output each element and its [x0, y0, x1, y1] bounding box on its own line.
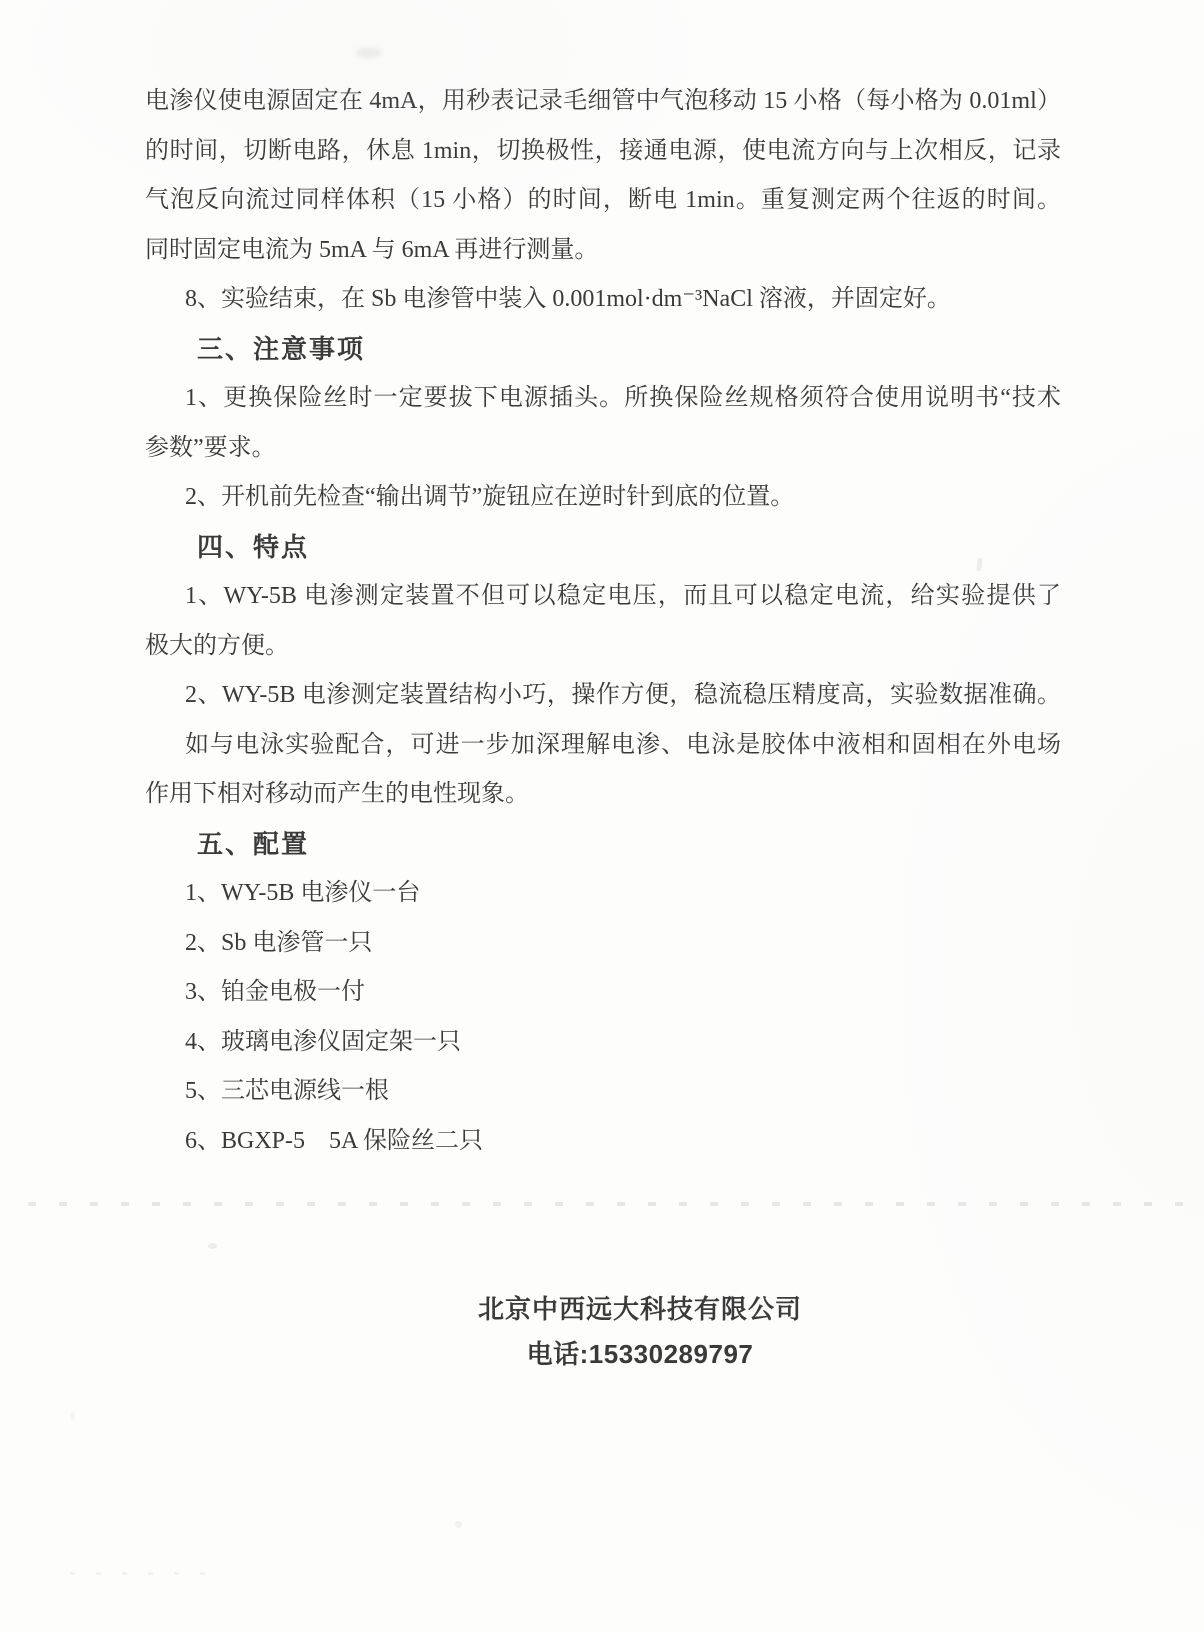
document-text-line: 气泡反向流过同样体积（15 小格）的时间，断电 1min。重复测定两个往返的时间…	[145, 176, 1061, 226]
scan-noise-band	[28, 1202, 1190, 1206]
document-text-line: 4、玻璃电渗仪固定架一只	[145, 1018, 1061, 1068]
document-text-line: 电渗仪使电源固定在 4mA，用秒表记录毛细管中气泡移动 15 小格（每小格为 0…	[145, 77, 1061, 127]
phone-number: 电话:15330289797	[76, 1337, 1204, 1371]
document-text-line: 2、WY-5B 电渗测定装置结构小巧，操作方便，稳流稳压精度高，实验数据准确。	[145, 671, 1061, 721]
scan-speck	[70, 1412, 75, 1421]
document-text-line: 的时间，切断电路，休息 1min，切换极性，接通电源，使电流方向与上次相反，记录	[145, 127, 1061, 177]
document-text-line: 1、更换保险丝时一定要拔下电源插头。所换保险丝规格须符合使用说明书“技术	[145, 374, 1061, 424]
document-text-line: 极大的方便。	[145, 622, 1061, 672]
document-text-line: 5、三芯电源线一根	[145, 1067, 1061, 1117]
document-text-line: 如与电泳实验配合，可进一步加深理解电渗、电泳是胶体中液相和固相在外电场	[145, 721, 1061, 771]
document-text-line: 2、Sb 电渗管一只	[145, 919, 1061, 969]
document-text-line: 作用下相对移动而产生的电性现象。	[145, 770, 1061, 820]
document-footer: 北京中西远大科技有限公司 电话:15330289797	[0, 1292, 1204, 1371]
scanned-document-page: 电渗仪使电源固定在 4mA，用秒表记录毛细管中气泡移动 15 小格（每小格为 0…	[0, 0, 1204, 1632]
document-text-line: 参数”要求。	[145, 424, 1061, 474]
scan-speck	[455, 1521, 462, 1528]
document-text-line: 2、开机前先检查“输出调节”旋钮应在逆时针到底的位置。	[145, 473, 1061, 523]
document-text-line: 6、BGXP-5 5A 保险丝二只	[145, 1117, 1061, 1167]
document-text-line: 8、实验结束，在 Sb 电渗管中装入 0.001mol·dm⁻³NaCl 溶液，…	[145, 275, 1061, 325]
document-text-line: 四、特点	[145, 523, 1061, 573]
scan-noise-band	[70, 1572, 215, 1575]
document-text-line: 1、WY-5B 电渗仪一台	[145, 869, 1061, 919]
document-text-line: 同时固定电流为 5mA 与 6mA 再进行测量。	[145, 226, 1061, 276]
scan-smudge	[356, 48, 382, 58]
document-text-line: 3、铂金电极一付	[145, 968, 1061, 1018]
document-text-line: 1、WY-5B 电渗测定装置不但可以稳定电压，而且可以稳定电流，给实验提供了	[145, 572, 1061, 622]
document-text-line: 五、配置	[145, 820, 1061, 870]
document-body: 电渗仪使电源固定在 4mA，用秒表记录毛细管中气泡移动 15 小格（每小格为 0…	[145, 77, 1061, 1207]
company-name: 北京中西远大科技有限公司	[76, 1292, 1204, 1326]
scan-speck	[208, 1243, 217, 1249]
document-text-line: 三、注意事项	[145, 325, 1061, 375]
